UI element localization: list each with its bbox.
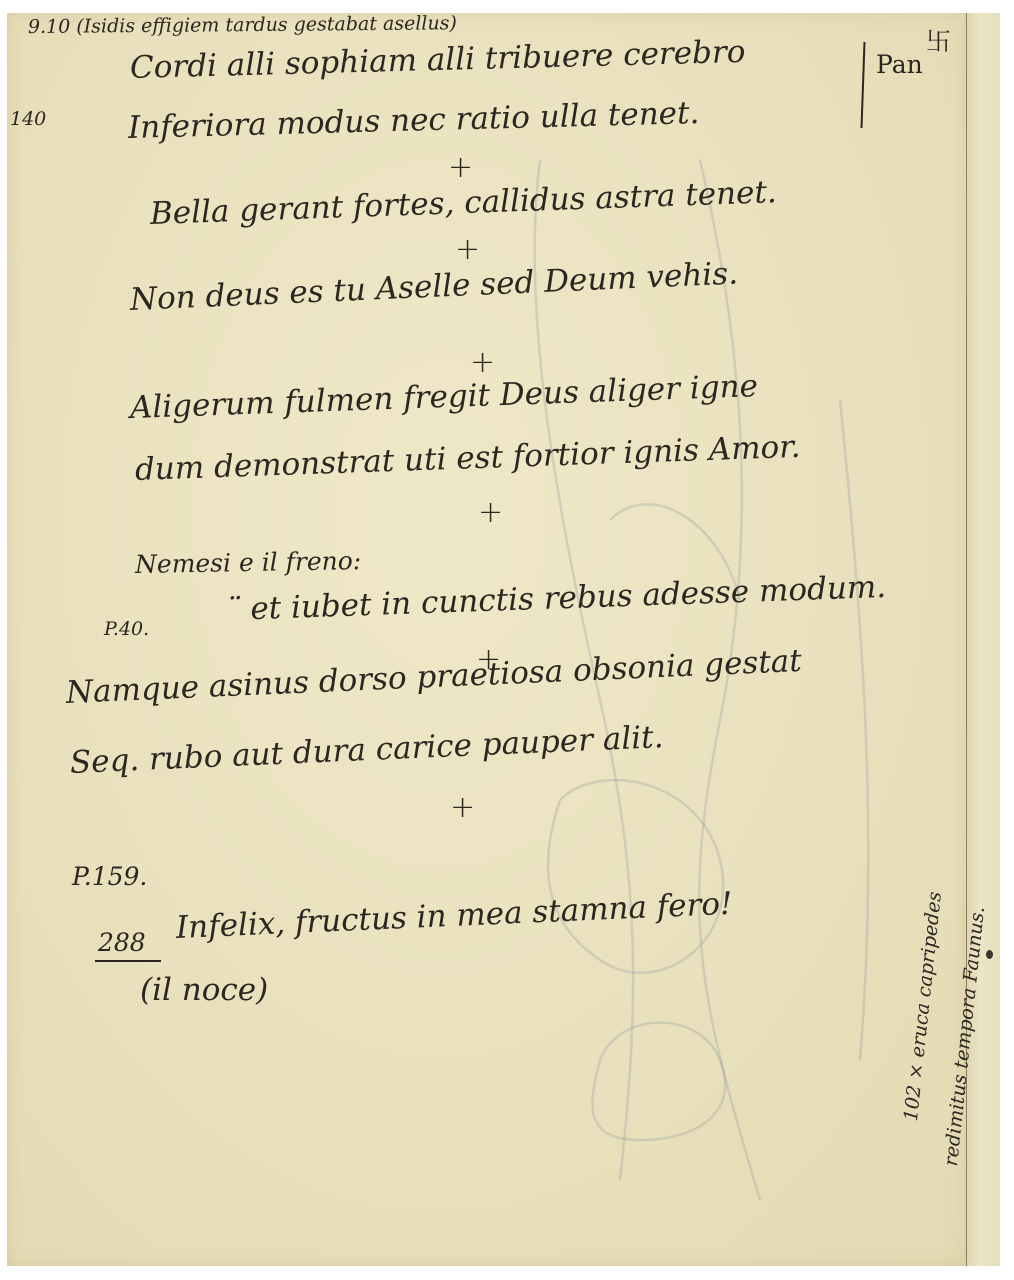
- separator-1: +: [448, 150, 473, 185]
- separator-3: +: [470, 345, 495, 380]
- margin-p40: P.40.: [104, 618, 149, 640]
- note-nemesi: Nemesi e il freno:: [135, 546, 362, 579]
- margin-p159: P.159.: [72, 862, 147, 891]
- underline-288: [95, 960, 161, 962]
- ink-blot: [986, 950, 993, 959]
- separator-6: +: [450, 790, 475, 825]
- note-il-noce: (il noce): [140, 972, 268, 1008]
- header-note: 9.10 (Isidis effigiem tardus gestabat as…: [28, 12, 457, 38]
- separator-4: +: [478, 495, 503, 530]
- margin-288: 288: [98, 928, 146, 957]
- margin-number-140: 140: [10, 108, 46, 130]
- side-label-pan: Pan: [876, 50, 923, 79]
- separator-2: +: [455, 232, 480, 267]
- corner-mark: 卐: [926, 22, 951, 58]
